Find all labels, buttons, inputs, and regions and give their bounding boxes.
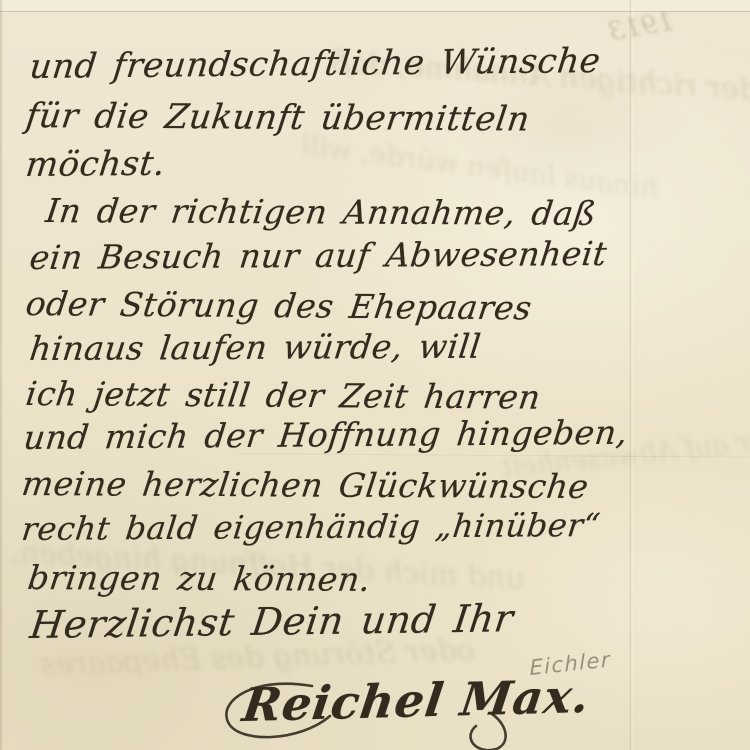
letter-line: für die Zukunft übermitteln bbox=[24, 99, 532, 137]
letter-line: ein Besuch nur auf Abwesenheit bbox=[28, 237, 609, 274]
letter-line: bringen zu können. bbox=[26, 561, 373, 596]
pencil-annotation: Eichler bbox=[529, 647, 611, 680]
signature: Reichel Max. bbox=[240, 673, 593, 728]
bleed-through-date: 1913 bbox=[606, 6, 676, 47]
letter-line: möchst. bbox=[24, 147, 167, 182]
vertical-fold-crease bbox=[629, 0, 633, 750]
letter-line: In der richtigen Annahme, daß bbox=[44, 194, 598, 230]
letter-line: hinaus laufen würde, will bbox=[28, 330, 483, 365]
left-page-edge bbox=[0, 0, 3, 750]
letter-line: recht bald eigenhändig „hinüber“ bbox=[20, 509, 602, 545]
top-fold-crease bbox=[0, 0, 750, 12]
letter-page: 1913 In der richtigen Annahme, daß hinau… bbox=[0, 0, 750, 750]
letter-line: oder Störung des Ehepaares bbox=[24, 287, 534, 324]
letter-line: meine herzlichen Glückwünsche bbox=[20, 467, 591, 503]
letter-line: ich jetzt still der Zeit harren bbox=[24, 377, 543, 414]
letter-line: und freundschaftliche Wünsche bbox=[28, 44, 602, 84]
letter-line: und mich der Hoffnung hingeben, bbox=[22, 416, 630, 454]
letter-closing-line: Herzlichst Dein und Ihr bbox=[28, 599, 516, 644]
